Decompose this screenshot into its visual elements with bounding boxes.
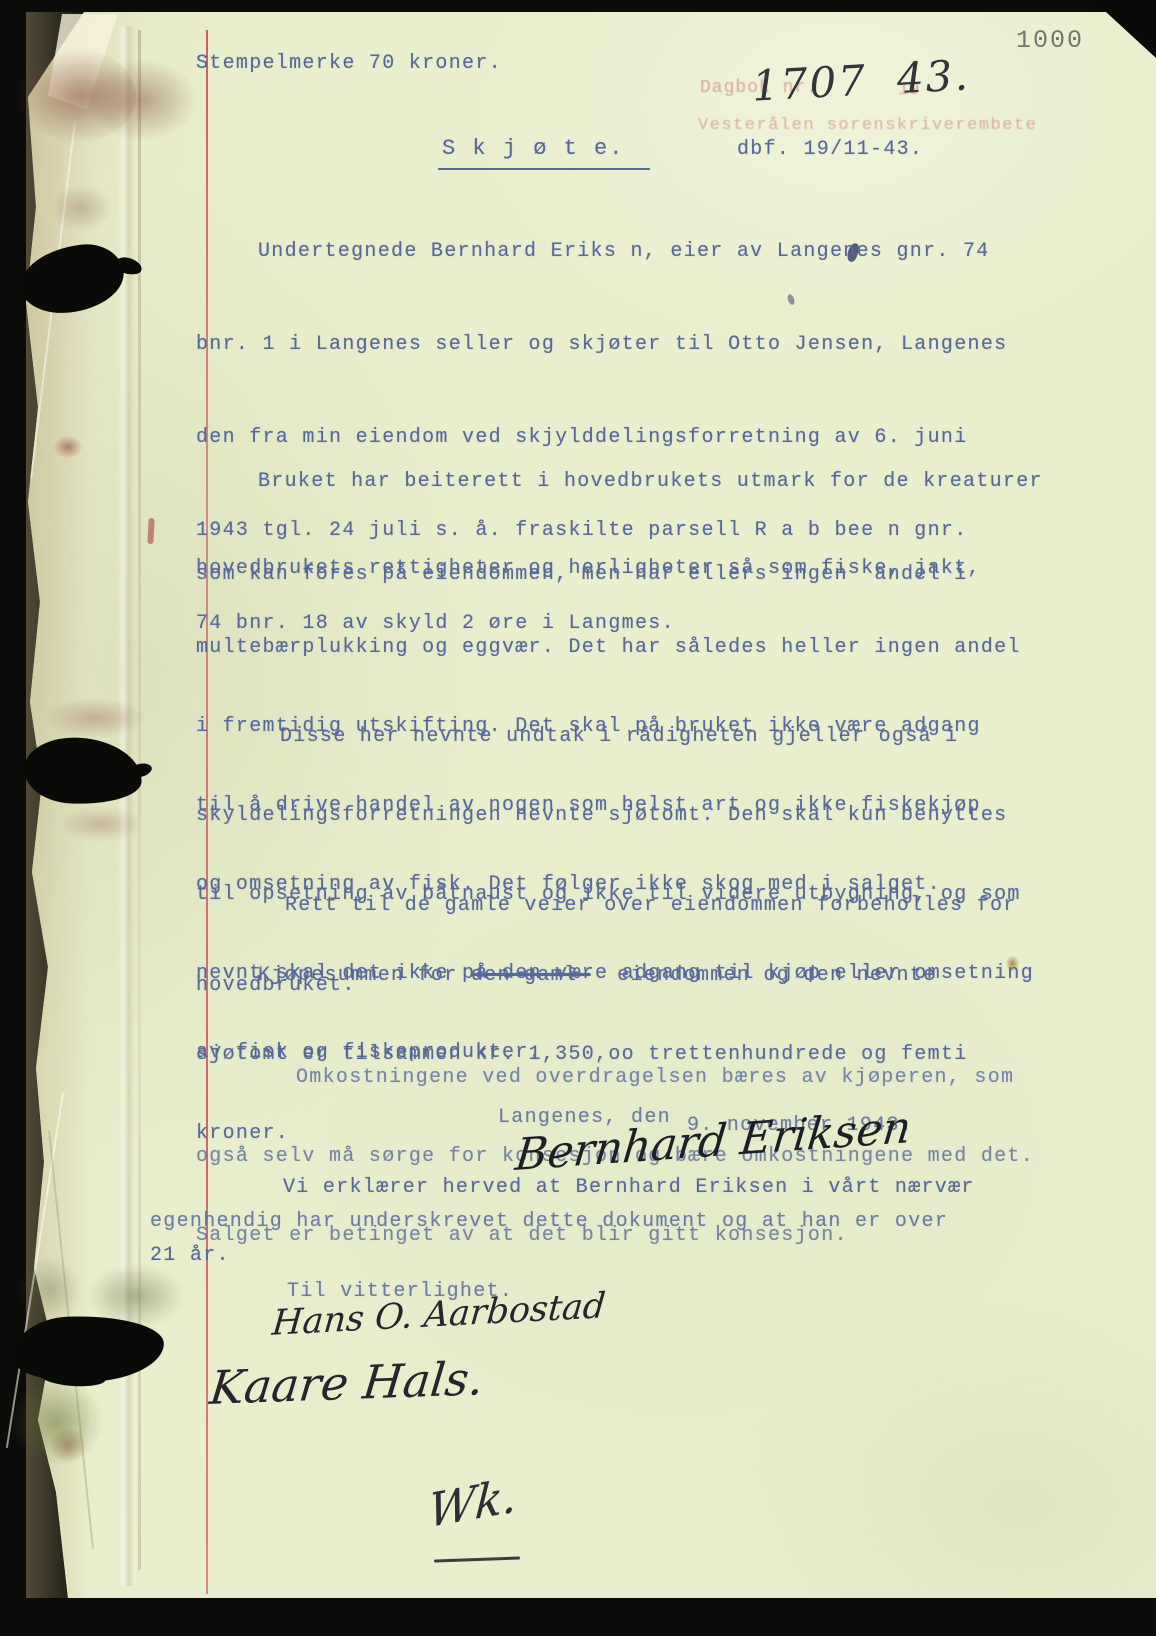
body-line: hovedbrukets rettigheter og herligheter … (196, 552, 1021, 585)
stamp-duty-note: Stempelmerke 70 kroner. (196, 52, 502, 75)
body-line: Disse her nevnte undtak i rådigheten gje… (196, 720, 1034, 753)
body-line: Undertegnede Bernhard Eriks n, eier av L… (196, 228, 1007, 275)
deed-title: S k j ø t e. (438, 136, 650, 161)
stain (54, 436, 82, 458)
stain (46, 698, 144, 738)
stain (50, 1428, 86, 1462)
witness-clause-line: egenhendig har underskrevet dette dokume… (150, 1210, 948, 1233)
stain (18, 1258, 82, 1322)
body-line: bnr. 1 i Langenes seller og skjøter til … (196, 321, 1007, 368)
body-line: Omkostningene ved overdragelsen bæres av… (196, 1061, 1034, 1094)
scanned-deed-page: 1000 Stempelmerke 70 kroner. Dagbok nr. … (0, 0, 1156, 1636)
witness-clause-line: Vi erklærer herved at Bernhard Eriksen i… (283, 1176, 975, 1199)
witness-clause-line: 21 år. (150, 1244, 230, 1267)
stain (50, 184, 112, 232)
body-line: skyldelingsforretningen nevnte sjøtomt. … (196, 799, 1034, 832)
body-line: Bruket har beiterett i hovedbrukets utma… (196, 458, 1043, 505)
body-line: multebærplukking og eggvær. Det har såle… (196, 631, 1021, 664)
page-number: 1000 (1016, 26, 1084, 55)
witness-signature: Kaare Hals. (207, 1351, 486, 1415)
body-line: Kjøpesummen for den gaml- eiendommen og … (196, 959, 968, 992)
stain (58, 806, 142, 842)
dbf-note: dbf. 19/11-43. (737, 138, 923, 161)
struck-text: den gaml- (471, 964, 591, 987)
entry-number: 1707 (751, 56, 868, 111)
stain (86, 58, 198, 142)
entry-year: 43. (896, 50, 971, 103)
registry-stamp-office: Vesterålen sorenskriverembete (698, 116, 1037, 135)
